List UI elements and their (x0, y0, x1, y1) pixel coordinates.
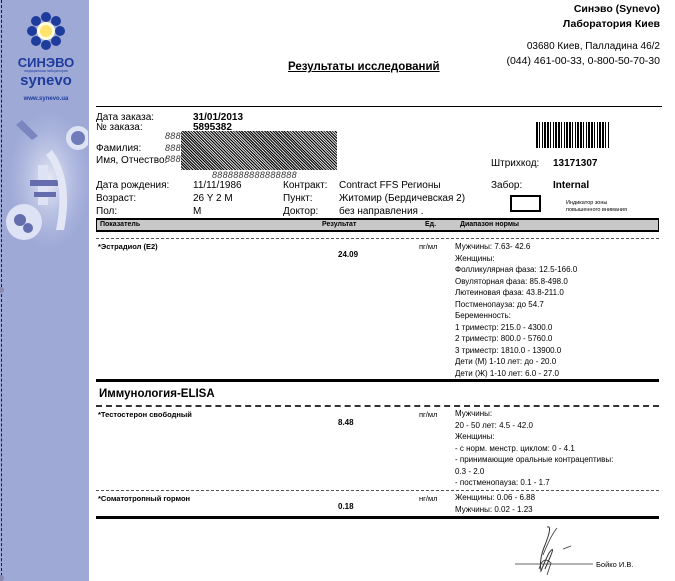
order-number-label: № заказа: (96, 122, 143, 133)
reference-line: Женщины: (455, 431, 613, 443)
doctor-value: без направления . (339, 206, 424, 217)
flower-logo-icon (27, 12, 65, 50)
barcode-label: Штрихкод: (491, 158, 539, 169)
contract-value: Contract FFS Регионы (339, 180, 441, 191)
test-name: *Соматотропный гормон (98, 494, 190, 503)
lab-branch: Лаборатория Киев (506, 17, 660, 32)
dob-label: Дата рождения: (96, 180, 169, 191)
age-label: Возраст: (96, 193, 136, 204)
barcode-icon (536, 122, 609, 148)
cut-handle[interactable] (0, 575, 4, 581)
row-divider (96, 238, 659, 239)
surname-label: Фамилия: (96, 143, 141, 154)
reference-line: Фолликулярная фаза: 12.5-166.0 (455, 264, 577, 276)
redaction-mark: 888 (165, 143, 181, 153)
reference-line: Женщины: 0.06 - 6.88 (455, 492, 535, 504)
sidebar-banner: СИНЭВО медицинская лаборатория synevo ww… (0, 0, 89, 581)
redacted-patient-name (181, 131, 337, 170)
signature-icon (505, 525, 620, 577)
reference-line: 20 - 50 лет: 4.5 - 42.0 (455, 420, 613, 432)
sex-value: M (193, 206, 201, 217)
brand-website[interactable]: www.synevo.ua (8, 96, 84, 102)
reference-line: Овуляторная фаза: 85.8-498.0 (455, 276, 577, 288)
row-divider (96, 490, 659, 491)
sex-label: Пол: (96, 206, 117, 217)
attention-indicator-box (510, 195, 541, 212)
column-header-test: Показатель (100, 221, 140, 228)
reference-line: Мужчины: (455, 408, 613, 420)
reference-line: Дети (Ж) 1-10 лет: 6.0 - 27.0 (455, 368, 577, 380)
reference-line: 3 триместр: 1810.0 - 13900.0 (455, 345, 577, 357)
point-label: Пункт: (283, 193, 313, 204)
reference-line: Лютеиновая фаза: 43.8-211.0 (455, 287, 577, 299)
test-name: *Эстрадиол (E2) (98, 242, 158, 251)
document-title: Результаты исследований (288, 61, 440, 73)
column-header-range: Диапазон нормы (460, 221, 519, 228)
test-name: *Тестостерон свободный (98, 410, 192, 419)
reference-line: 2 триместр: 800.0 - 5760.0 (455, 333, 577, 345)
cut-handle[interactable] (0, 287, 4, 293)
table-header (96, 218, 659, 232)
reference-line: Женщины: (455, 253, 577, 265)
column-header-result: Результат (322, 221, 356, 228)
test-unit: нг/мл (419, 494, 438, 503)
attention-indicator-label: Индикатор зоны повышенного внимания (566, 200, 627, 214)
contract-label: Контракт: (283, 180, 327, 191)
collection-value: Internal (553, 180, 589, 191)
brand-name-ru: СИНЭВО (8, 56, 84, 69)
reference-line: - постменопауза: 0.1 - 1.7 (455, 477, 613, 489)
reference-line: Мужчины: 7.63- 42.6 (455, 241, 577, 253)
lab-info: Синэво (Synevo) Лаборатория Киев 03680 К… (506, 2, 660, 69)
reference-line: Постменопауза: до 54.7 (455, 299, 577, 311)
reference-line: Мужчины: 0.02 - 1.23 (455, 504, 535, 516)
indicator-label-line: Индикатор зоны (566, 200, 627, 207)
divider (96, 106, 662, 107)
reference-range: Мужчины:20 - 50 лет: 4.5 - 42.0Женщины:-… (455, 408, 613, 489)
age-value: 26 Y 2 M (193, 193, 233, 204)
point-value: Житомир (Бердичевская 2) (339, 193, 465, 204)
test-result: 8.48 (338, 418, 354, 427)
synevo-logo: СИНЭВО медицинская лаборатория synevo ww… (8, 12, 84, 102)
signatory-name: Бойко И.В. (596, 560, 633, 569)
row-divider (96, 405, 659, 407)
collection-label: Забор: (491, 180, 522, 191)
barcode-value: 13171307 (553, 158, 598, 169)
test-result: 0.18 (338, 502, 354, 511)
brand-name-en: synevo (8, 74, 84, 88)
table-bottom-divider (96, 516, 659, 519)
microscope-illustration-icon (4, 110, 88, 260)
test-unit: пг/мл (419, 242, 437, 251)
section-divider (96, 379, 659, 382)
reference-line: - с норм. менстр. циклом: 0 - 4.1 (455, 443, 613, 455)
lab-phones: (044) 461-00-33, 0-800-50-70-30 (506, 54, 660, 69)
dob-value: 11/11/1986 (193, 180, 242, 191)
lab-address: 03680 Киев, Палладина 46/2 (506, 39, 660, 54)
doctor-label: Доктор: (283, 206, 318, 217)
column-header-unit: Ед. (425, 221, 436, 228)
reference-line: 1 триместр: 215.0 - 4300.0 (455, 322, 577, 334)
reference-range: Мужчины: 7.63- 42.6Женщины:Фолликулярная… (455, 241, 577, 379)
name-label: Имя, Отчество: (96, 155, 167, 166)
reference-line: 0.3 - 2.0 (455, 466, 613, 478)
test-result: 24.09 (338, 250, 358, 259)
test-unit: пг/мл (419, 410, 437, 419)
redaction-mark: 8888888888888888 (212, 170, 297, 180)
reference-line: Дети (М) 1-10 лет: до - 20.0 (455, 356, 577, 368)
indicator-label-line: повышенного внимания (566, 207, 627, 214)
reference-range: Женщины: 0.06 - 6.88Мужчины: 0.02 - 1.23 (455, 492, 535, 515)
lab-name: Синэво (Synevo) (506, 2, 660, 17)
reference-line: - принимающие оральные контрацептивы: (455, 454, 613, 466)
section-title: Иммунология-ELISA (99, 388, 215, 400)
reference-line: Беременность: (455, 310, 577, 322)
redaction-mark: 888 (165, 154, 181, 164)
redaction-mark: 888 (165, 131, 181, 141)
